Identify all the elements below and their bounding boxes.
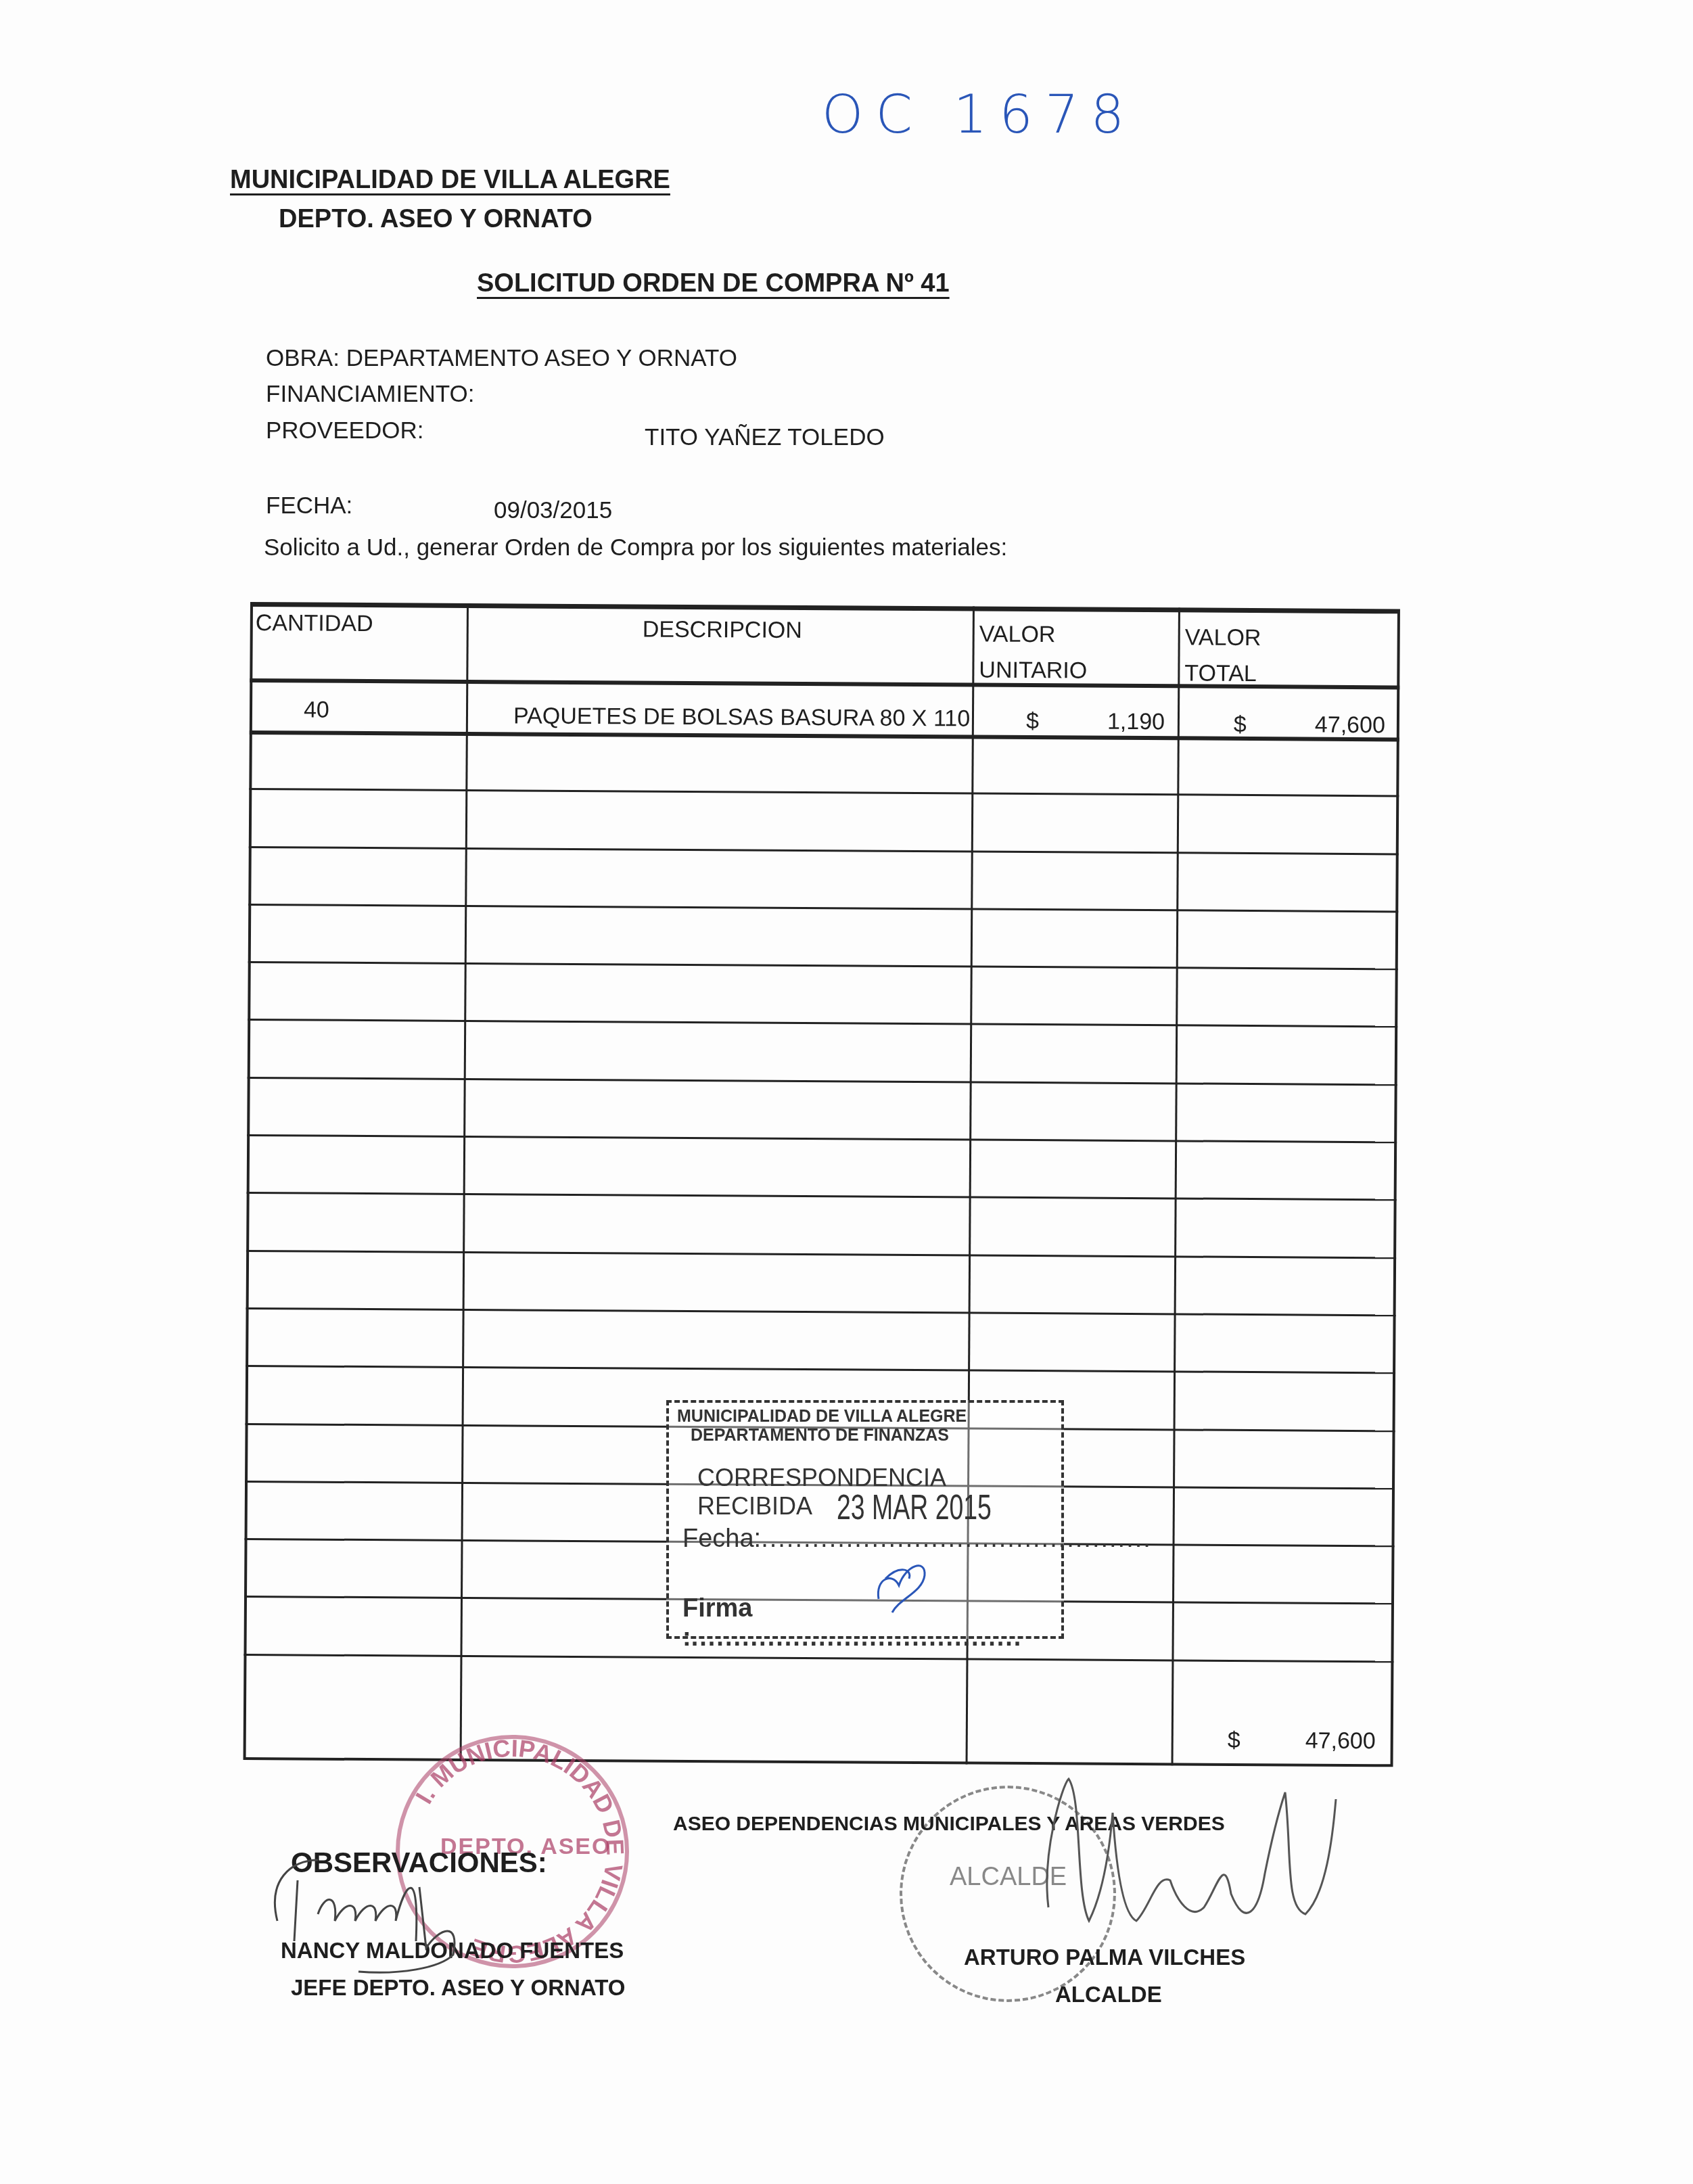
signature-left <box>264 1840 548 1975</box>
grand-total-value: 47,600 <box>1305 1728 1376 1755</box>
signer-left-role: JEFE DEPTO. ASEO Y ORNATO <box>291 1975 626 2001</box>
purchase-order-request-document: OC 1678 MUNICIPALIDAD DE VILLA ALEGRE DE… <box>0 0 1693 2184</box>
header-valor-total-line2: TOTAL <box>1184 660 1257 687</box>
fecha-value: 09/03/2015 <box>494 497 612 524</box>
obra-value: DEPARTAMENTO ASEO Y ORNATO <box>346 345 737 371</box>
row-total-currency: $ <box>1234 712 1247 738</box>
receiver-signature <box>872 1552 933 1619</box>
proveedor-value: TITO YAÑEZ TOLEDO <box>645 424 885 451</box>
stamp-line-municipality: MUNICIPALIDAD DE VILLA ALEGRE <box>677 1407 1061 1426</box>
signer-right-name: ARTURO PALMA VILCHES <box>964 1945 1245 1970</box>
municipality-heading: MUNICIPALIDAD DE VILLA ALEGRE <box>230 166 670 195</box>
fecha-label: FECHA: <box>266 492 352 519</box>
header-cantidad: CANTIDAD <box>256 610 373 637</box>
reception-stamp: MUNICIPALIDAD DE VILLA ALEGRE DEPARTAMEN… <box>666 1400 1064 1639</box>
header-descripcion: DESCRIPCION <box>643 617 802 644</box>
stamp-date: 23 MAR 2015 <box>837 1487 998 1528</box>
stamp-fecha-label: Fecha: <box>682 1525 761 1553</box>
header-valor-unitario-line2: UNITARIO <box>979 657 1087 684</box>
row-valor-unitario: 1,190 <box>1107 709 1165 736</box>
grand-total-currency: $ <box>1228 1727 1240 1754</box>
request-text: Solicito a Ud., generar Orden de Compra … <box>264 534 1007 561</box>
obra-label: OBRA: <box>266 345 340 371</box>
document-title: SOLICITUD ORDEN DE COMPRA Nº 41 <box>477 269 950 298</box>
row-descripcion: PAQUETES DE BOLSAS BASURA 80 X 110 <box>513 703 970 732</box>
financiamiento-label: FINANCIAMIENTO: <box>266 381 475 408</box>
header-valor-unitario-line1: VALOR <box>979 622 1056 649</box>
signer-right-role: ALCALDE <box>1055 1982 1162 2007</box>
department-heading: DEPTO. ASEO Y ORNATO <box>279 205 593 234</box>
stamp-line-department: DEPARTAMENTO DE FINANZAS <box>691 1426 1061 1445</box>
row-cantidad: 40 <box>304 697 329 723</box>
proveedor-label: PROVEEDOR: <box>266 417 423 444</box>
row-unit-currency: $ <box>1026 708 1039 735</box>
signature-right <box>967 1772 1360 1948</box>
header-valor-total-line1: VALOR <box>1185 624 1261 651</box>
obra-field: OBRA: DEPARTAMENTO ASEO Y ORNATO <box>266 345 737 372</box>
stamp-fecha-field: Fecha:..................................… <box>682 1525 1061 1554</box>
handwritten-oc-number: OC 1678 <box>822 85 1136 145</box>
row-valor-total: 47,600 <box>1315 712 1385 739</box>
